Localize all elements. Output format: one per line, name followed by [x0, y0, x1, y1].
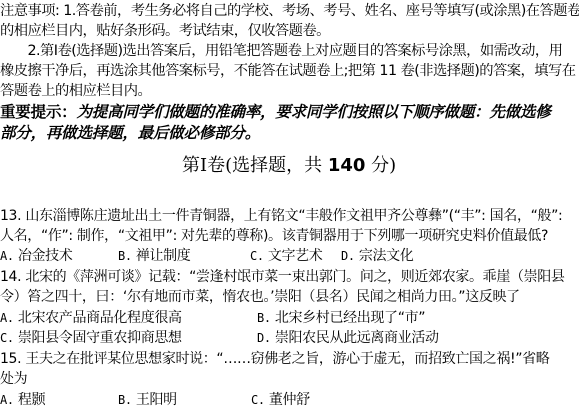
question-14-option-a: A. 北宋农产品商品化程度很高 [0, 308, 182, 328]
question-13-option-b: B. 禅让制度 [118, 246, 190, 266]
question-13-option-c: C. 文字艺术 [250, 246, 322, 266]
question-14-stem-line-1: 14. 北宋的《萍洲可谈》记载：“尝逢村氓市菜一束出郭门。问之，则近郊农家。乖崖… [0, 267, 565, 287]
question-14-option-b: B. 北宋乡村已经出现了“市” [257, 308, 425, 328]
section-title-prefix: 第Ⅰ卷(选择题，共 [182, 155, 328, 176]
notice-line-2: 的相应栏目内，贴好条形码。考试结束，仅收答题卷。 [0, 21, 330, 41]
question-15-option-a: A. 程颢 [0, 390, 45, 410]
important-tip-text-1: 为提高同学们做题的准确率，要求同学们按照以下顺序做题：先做选修 [76, 103, 550, 121]
question-15-option-b: B. 王阳明 [118, 390, 177, 410]
important-tip-label: 重要提示： [0, 103, 76, 121]
question-14-stem-line-2: 令）笞之四十，曰：‘尔有地而市菜，惰农也。’崇阳（县名）民闻之相尚力田。”这反映… [0, 287, 520, 307]
notice-line-4: 橡皮擦干净后，再选涂其他答案标号，不能答在试题卷上;把第 11 卷(非选择题)的… [0, 61, 576, 81]
question-14-option-d: D. 崇阳农民从此远离商业活动 [257, 328, 439, 348]
section-title: 第Ⅰ卷(选择题，共 140 分) [182, 153, 396, 179]
question-14-option-c: C. 崇阳县令固守重农抑商思想 [0, 328, 182, 348]
section-title-suffix: 分) [365, 155, 396, 176]
question-13-option-d: D. 宗法文化 [341, 246, 413, 266]
question-13-option-a: A. 冶金技术 [0, 246, 72, 266]
question-13-stem-line-2: 人名，“作”: 制作，“文祖甲”: 对先辈的尊称)。该青铜器用于下列哪一项研究史… [0, 226, 548, 246]
question-15-stem-line-1: 15. 王夫之在批评某位思想家时说：“……窃佛老之旨，游心于虚无，而招致亡国之祸… [0, 349, 549, 369]
notice-line-5: 答题卷上的相应栏目内。 [0, 81, 151, 101]
question-15-option-c: C. 董仲舒 [251, 390, 310, 410]
important-tip-text-2: 部分，再做选择题，最后做必修部分。 [0, 124, 260, 142]
question-15-stem-line-2: 处为 [0, 369, 27, 389]
section-title-points: 140 [328, 155, 366, 176]
notice-line-3: 2.第Ⅰ卷(选择题)选出答案后，用铅笔把答题卷上对应题目的答案标号涂黑，如需改动… [0, 41, 562, 61]
notice-line-1: 注意事项: 1.答卷前，考生务必将自己的学校、考场、考号、姓名、座号等填写(或涂… [0, 1, 579, 21]
important-tip-line-1: 重要提示：为提高同学们做题的准确率，要求同学们按照以下顺序做题：先做选修 [0, 102, 551, 122]
question-13-stem-line-1: 13. 山东淄博陈庄遗址出土一件青铜器，上有铭文“丰般作文祖甲齐公尊彝”(“丰”… [0, 206, 562, 226]
important-tip-line-2: 部分，再做选择题，最后做必修部分。 [0, 123, 260, 143]
